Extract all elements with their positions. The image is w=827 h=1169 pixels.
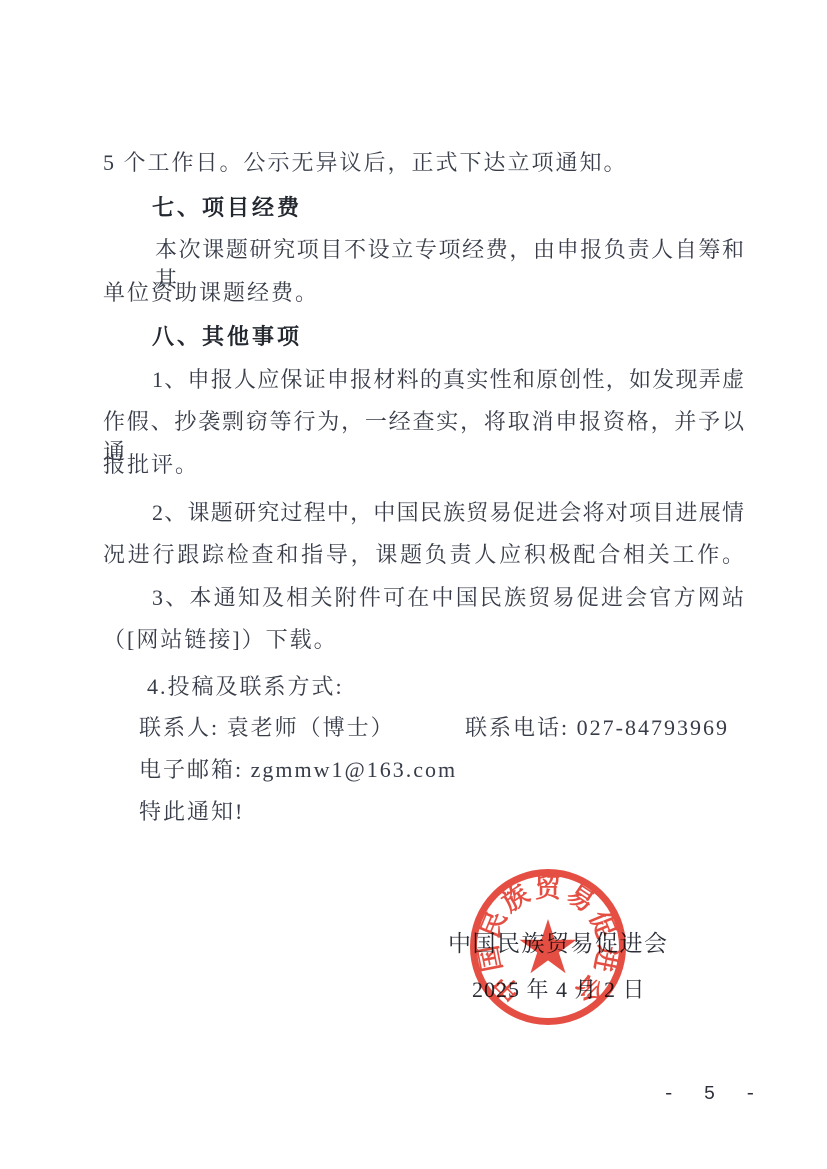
seal-star-icon: [520, 919, 577, 973]
contact-email: 电子邮箱: zgmmw1@163.com: [139, 755, 457, 785]
seal-arc-char: 国: [474, 943, 508, 974]
document-page: 5 个工作日。公示无异议后，正式下达立项通知。七、项目经费本次课题研究项目不设立…: [0, 0, 827, 1169]
section-heading: 七、项目经费: [152, 193, 302, 223]
text-line: 1、申报人应保证申报材料的真实性和原创性，如发现弄虚: [152, 365, 745, 395]
text-line: 报批评。: [103, 450, 199, 480]
notice-closing: 特此通知!: [139, 797, 244, 827]
seal-arc-char: 贸: [535, 874, 562, 903]
text-line: 作假、抄袭剽窃等行为，一经查实，将取消申报资格，并予以通: [103, 407, 745, 467]
seal-arc-char: 进: [589, 943, 623, 974]
contact-person: 联系人: 袁老师（博士）: [139, 713, 395, 743]
official-seal-stamp-icon: 中 国 民 族 贸 易 促 进 会: [458, 857, 638, 1037]
text-line: 4.投稿及联系方式:: [147, 672, 344, 702]
section-heading: 八、其他事项: [152, 322, 302, 352]
text-line: 5 个工作日。公示无异议后，正式下达立项通知。: [103, 148, 628, 178]
text-line: 单位资助课题经费。: [103, 278, 319, 308]
text-line: 2、课题研究过程中，中国民族贸易促进会将对项目进展情: [152, 498, 745, 528]
contact-phone: 联系电话: 027-84793969: [465, 713, 729, 743]
text-line: （[网站链接]）下载。: [103, 625, 338, 655]
page-number: - 5 -: [663, 1083, 765, 1105]
text-line: 3、本通知及相关附件可在中国民族贸易促进会官方网站: [152, 583, 745, 613]
text-line: 况进行跟踪检查和指导，课题负责人应积极配合相关工作。: [103, 540, 745, 570]
